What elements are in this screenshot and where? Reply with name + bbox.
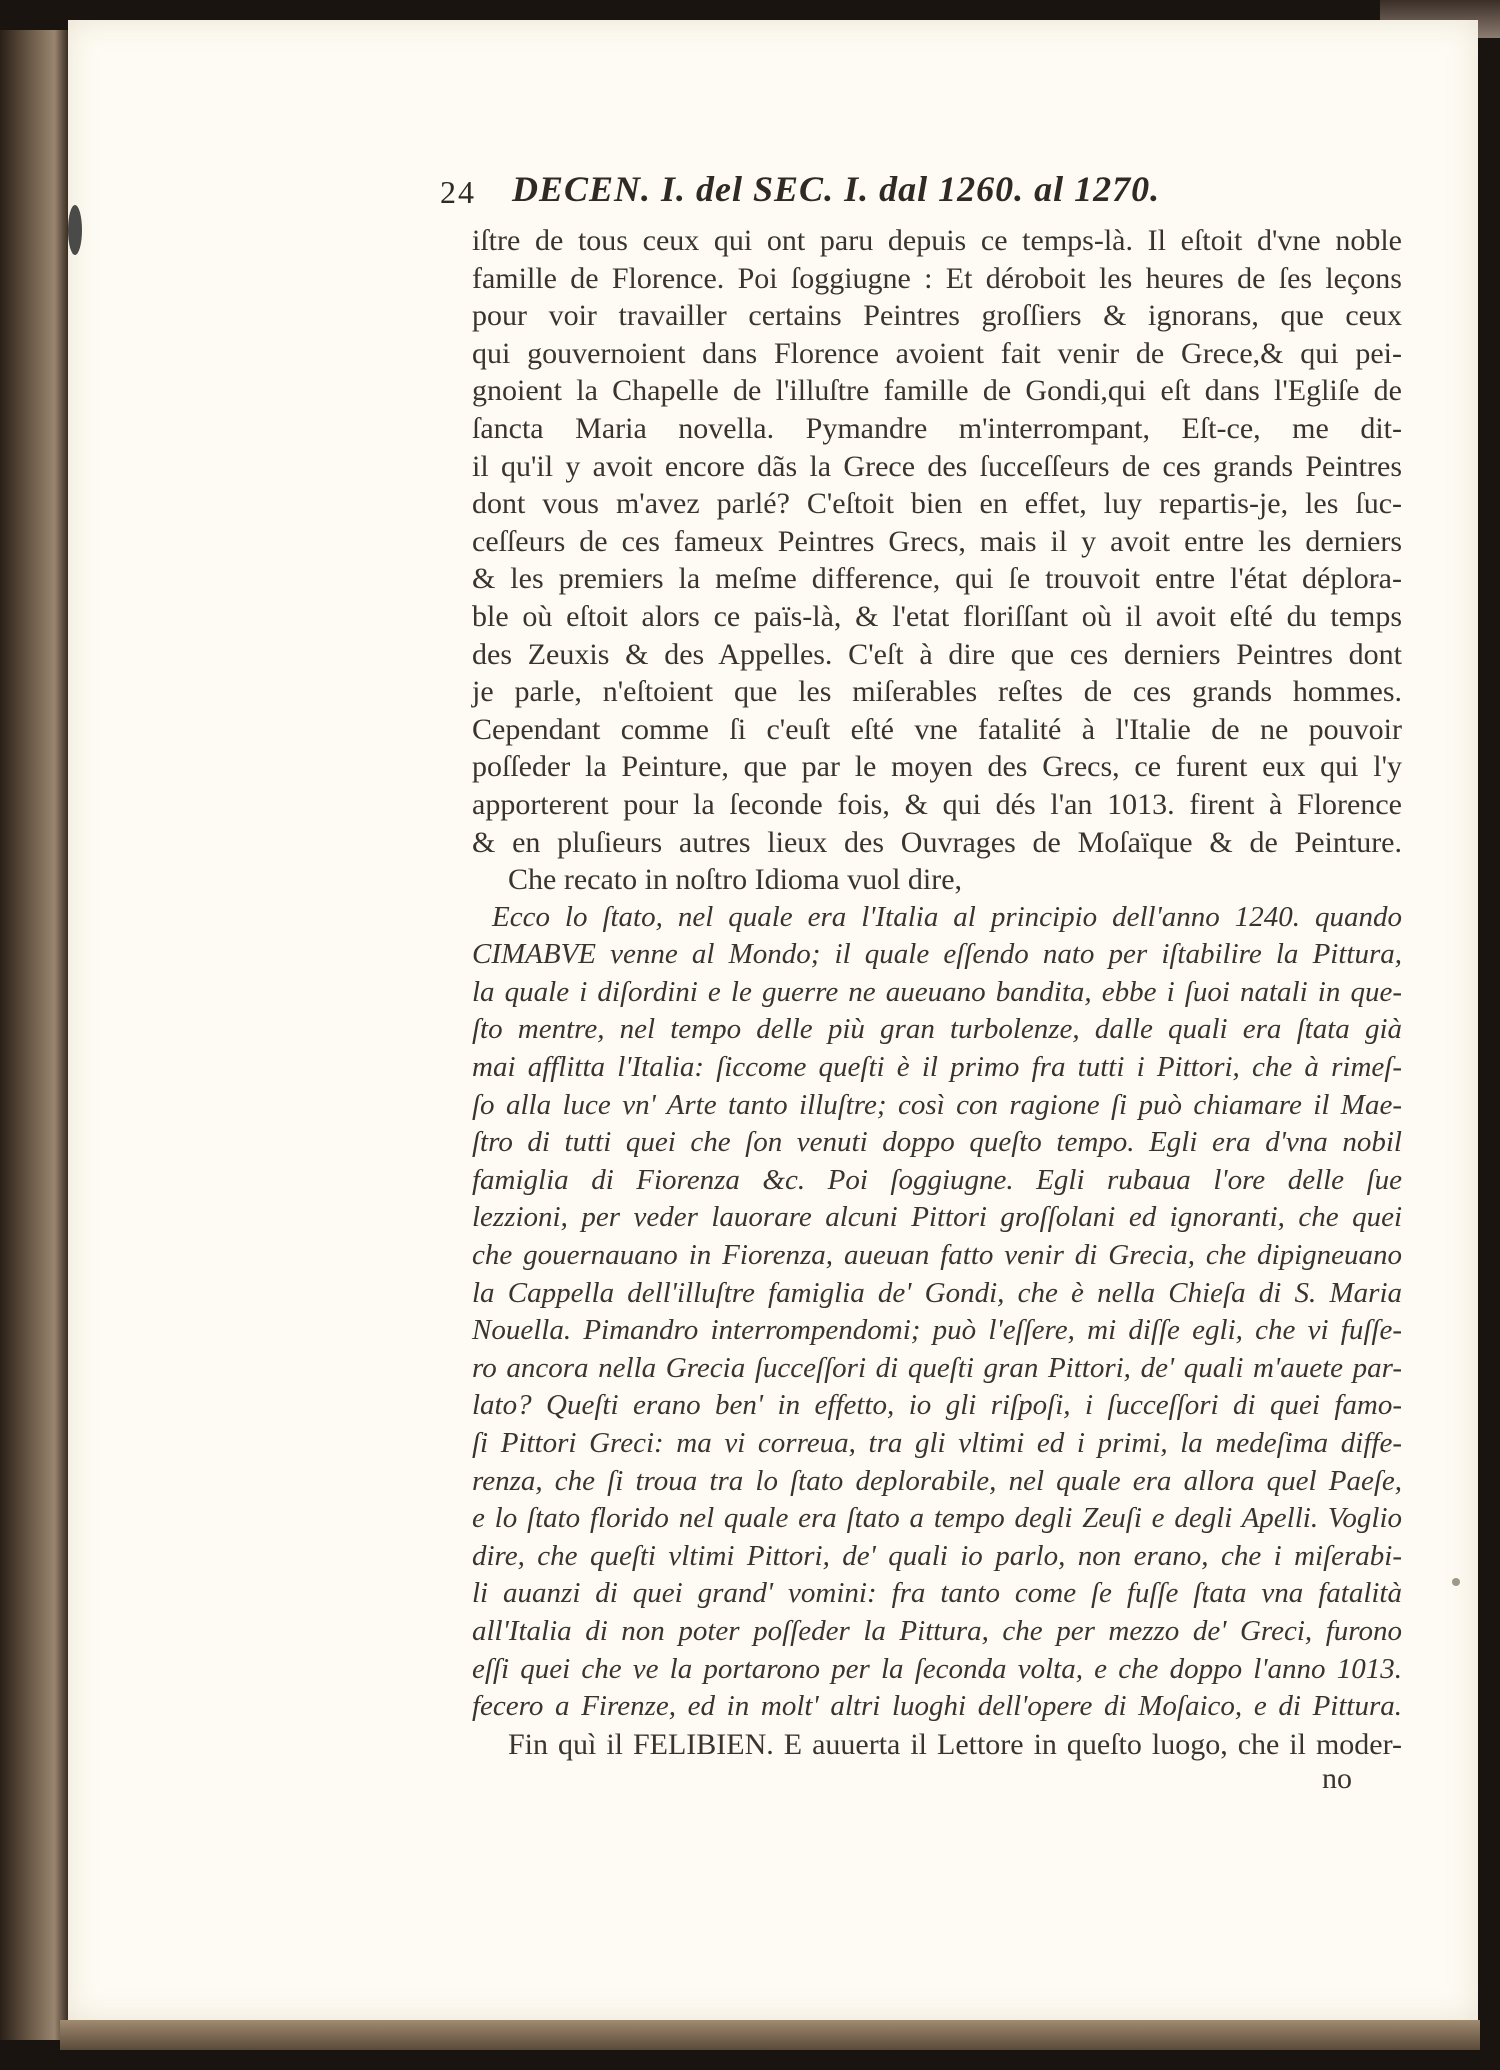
text-line: ſto mentre, nel tempo delle più gran tur… <box>472 1011 1402 1049</box>
text-line: lato? Queſti erano ben' in effetto, io g… <box>472 1387 1402 1425</box>
page-header: 24 DECEN. I. del SEC. I. dal 1260. al 12… <box>440 168 1340 218</box>
text-line: renza, che ſi troua tra lo ſtato deplora… <box>472 1463 1402 1501</box>
text-line: pour voir travailler certains Peintres g… <box>472 297 1402 335</box>
text-line: qui gouvernoient dans Florence avoient f… <box>472 335 1402 373</box>
catchword: no <box>1322 1762 1352 1796</box>
text-line: all'Italia di non poter poſſeder la Pitt… <box>472 1613 1402 1651</box>
text-line: ſi Pittori Greci: ma vi correua, tra gli… <box>472 1425 1402 1463</box>
binding-stain <box>68 205 82 255</box>
text-line: che gouernauano in Fiorenza, aueuan fatt… <box>472 1237 1402 1275</box>
text-line: fecero a Firenze, ed in molt' altri luog… <box>472 1688 1402 1726</box>
body-text: iſtre de tous ceux qui ont paru depuis c… <box>472 222 1402 1763</box>
text-line: ble où eſtoit alors ce païs-là, & l'etat… <box>472 598 1402 636</box>
text-line: li auanzi di quei grand' vomini: fra tan… <box>472 1575 1402 1613</box>
margin-mark <box>1452 1578 1460 1586</box>
text-line: ſo alla luce vn' Arte tanto illuſtre; co… <box>472 1087 1402 1125</box>
text-line: eſſi quei che ve la portarono per la ſec… <box>472 1651 1402 1689</box>
intro-line: Che recato in noſtro Idioma vuol dire, <box>472 861 1402 899</box>
text-line: ro ancora nella Grecia ſucceſſori di que… <box>472 1350 1402 1388</box>
text-line: je parle, n'eſtoient que les miſerables … <box>472 673 1402 711</box>
french-passage: iſtre de tous ceux qui ont paru depuis c… <box>472 222 1402 861</box>
text-line: la Cappella dell'illuſtre famiglia de' G… <box>472 1275 1402 1313</box>
text-line: dont vous m'avez parlé? C'eſtoit bien en… <box>472 485 1402 523</box>
text-line: il qu'il y avoit encore dãs la Grece des… <box>472 448 1402 486</box>
text-line: famiglia di Fiorenza &c. Poi ſoggiugne. … <box>472 1162 1402 1200</box>
page-number: 24 <box>440 174 476 211</box>
text-line: iſtre de tous ceux qui ont paru depuis c… <box>472 222 1402 260</box>
text-line: gnoient la Chapelle de l'illuſtre famill… <box>472 372 1402 410</box>
text-line: Cependant comme ſi c'euſt eſté vne fatal… <box>472 711 1402 749</box>
text-line: e lo ſtato florido nel quale era ſtato a… <box>472 1500 1402 1538</box>
text-line: ſancta Maria novella. Pymandre m'interro… <box>472 410 1402 448</box>
text-line: mai afflitta l'Italia: ſiccome queſti è … <box>472 1049 1402 1087</box>
text-line: famille de Florence. Poi ſoggiugne : Et … <box>472 260 1402 298</box>
text-line: la quale i diſordini e le guerre ne aueu… <box>472 974 1402 1012</box>
book-spine <box>0 30 68 2040</box>
text-line: apporterent pour la ſeconde fois, & qui … <box>472 786 1402 824</box>
text-line: & en pluſieurs autres lieux des Ouvrages… <box>472 824 1402 862</box>
text-line: Nouella. Pimandro interrompendomi; può l… <box>472 1312 1402 1350</box>
text-line: poſſeder la Peinture, que par le moyen d… <box>472 748 1402 786</box>
text-line: ceſſeurs de ces fameux Peintres Grecs, m… <box>472 523 1402 561</box>
text-line: & les premiers la meſme difference, qui … <box>472 560 1402 598</box>
text-line: ſtro di tutti quei che ſon venuti doppo … <box>472 1124 1402 1162</box>
italian-passage: Ecco lo ſtato, nel quale era l'Italia al… <box>472 899 1402 1726</box>
page-bottom-edge <box>60 2020 1480 2050</box>
text-line: Ecco lo ſtato, nel quale era l'Italia al… <box>472 899 1402 937</box>
text-line: des Zeuxis & des Appelles. C'eſt à dire … <box>472 636 1402 674</box>
text-line: CIMABVE venne al Mondo; il quale eſſendo… <box>472 936 1402 974</box>
text-line: lezzioni, per veder lauorare alcuni Pitt… <box>472 1199 1402 1237</box>
running-head: DECEN. I. del SEC. I. dal 1260. al 1270. <box>512 168 1160 210</box>
text-line: dire, che queſti vltimi Pittori, de' qua… <box>472 1538 1402 1576</box>
closing-line: Fin quì il FELIBIEN. E auuerta il Lettor… <box>472 1726 1402 1764</box>
